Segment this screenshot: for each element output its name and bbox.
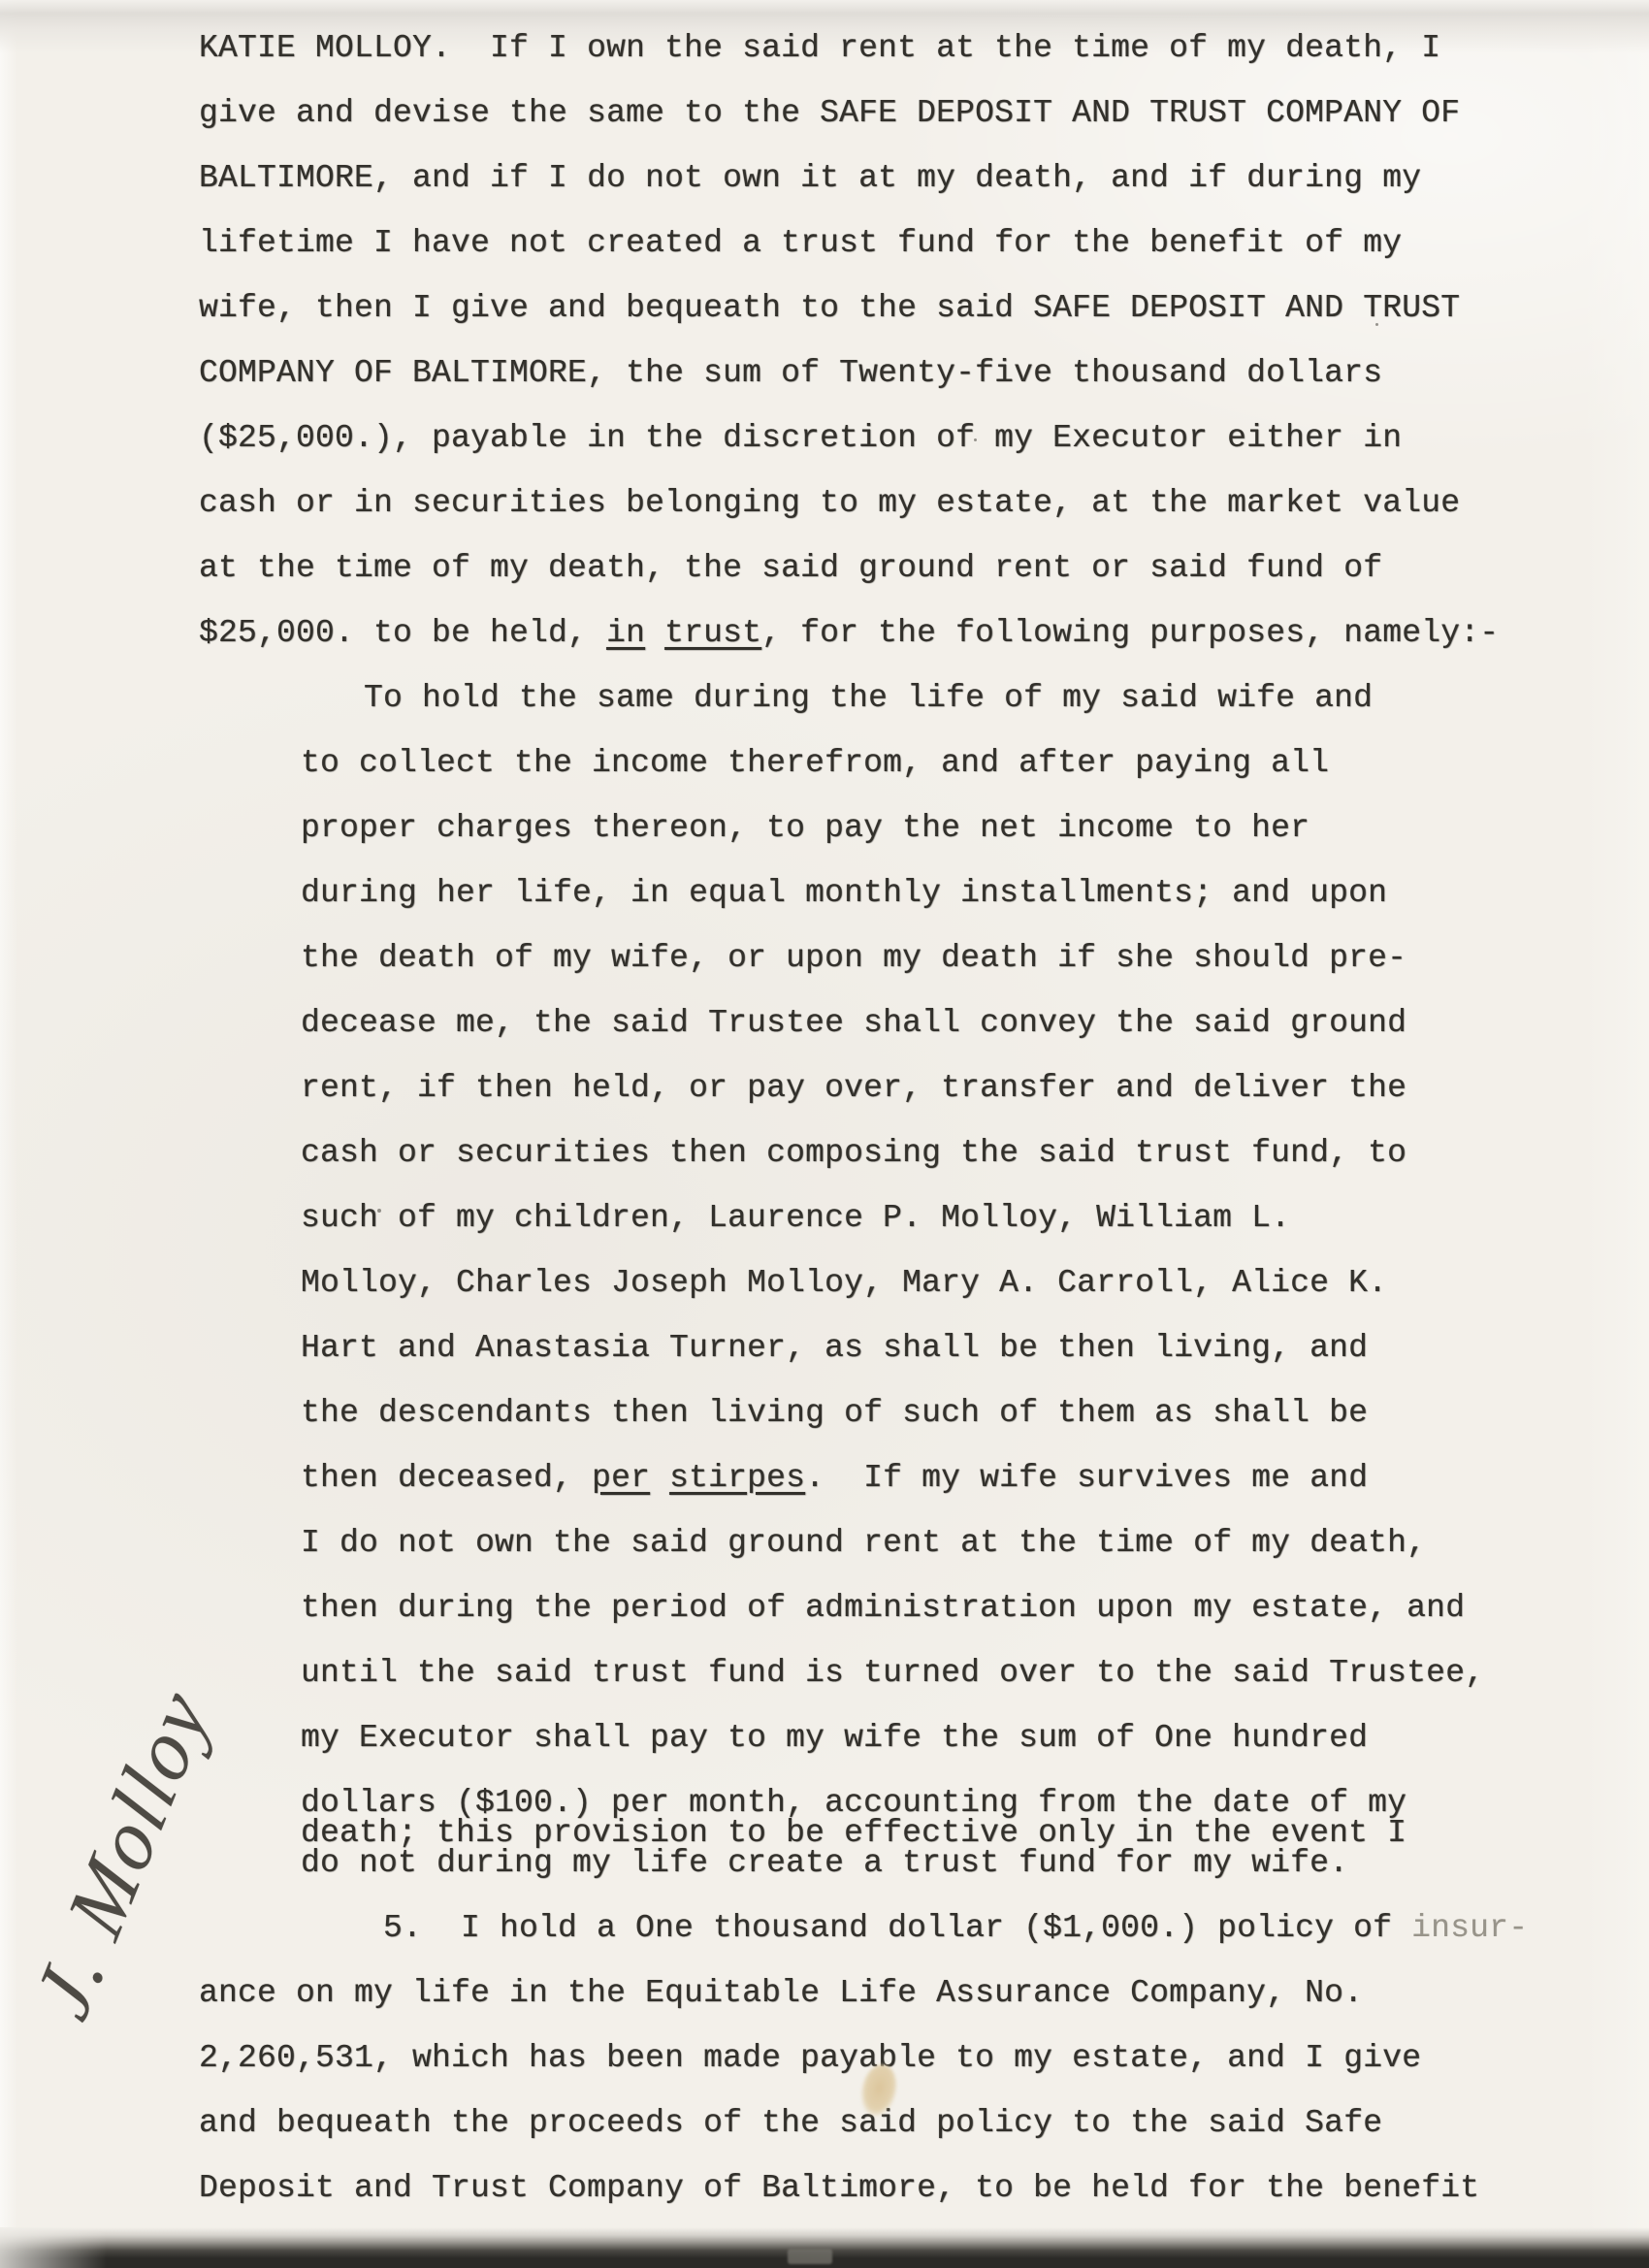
text-line-6: COMPANY OF BALTIMORE, the sum of Twenty-… (199, 354, 1382, 393)
scan-bottom-edge-notch (788, 2249, 832, 2264)
text-line-2: give and devise the same to the SAFE DEP… (199, 94, 1460, 133)
text-line-23: then deceased, per stirpes. If my wife s… (301, 1459, 1368, 1498)
text-line-20: Molloy, Charles Joseph Molloy, Mary A. C… (301, 1264, 1387, 1303)
text-line-35: Deposit and Trust Company of Baltimore, … (199, 2169, 1479, 2208)
text-line-31: 5. I hold a One thousand dollar ($1,000.… (383, 1909, 1528, 1948)
text-line-34: and bequeath the proceeds of the said po… (199, 2104, 1382, 2143)
text-line-33: 2,260,531, which has been made payable t… (199, 2039, 1421, 2078)
text-line-12: to collect the income therefrom, and aft… (301, 744, 1329, 783)
text-line-17: rent, if then held, or pay over, transfe… (301, 1069, 1406, 1108)
text-line-21: Hart and Anastasia Turner, as shall be t… (301, 1329, 1368, 1368)
text-line-22: the descendants then living of such of t… (301, 1394, 1368, 1433)
text-line-24: I do not own the said ground rent at the… (301, 1524, 1426, 1563)
scan-bottom-edge-fade (0, 2227, 107, 2268)
text-line-3: BALTIMORE, and if I do not own it at my … (199, 159, 1421, 198)
text-line-7: ($25,000.), payable in the discretion of… (199, 419, 1402, 458)
text-line-26: until the said trust fund is turned over… (301, 1654, 1484, 1693)
scan-bottom-edge-shadow (0, 2227, 1649, 2268)
text-line-5: wife, then I give and bequeath to the sa… (199, 289, 1460, 328)
text-line-18: cash or securities then composing the sa… (301, 1134, 1406, 1173)
text-line-11: To hold the same during the life of my s… (364, 679, 1373, 718)
handwritten-signature: J. Molloy (15, 1557, 283, 2039)
text-line-1: KATIE MOLLOY. If I own the said rent at … (199, 29, 1440, 68)
ink-speck (377, 1209, 381, 1213)
text-line-30: do not during my life create a trust fun… (301, 1844, 1348, 1883)
text-line-14: during her life, in equal monthly instal… (301, 874, 1387, 913)
text-line-32: ance on my life in the Equitable Life As… (199, 1974, 1363, 2013)
text-line-25: then during the period of administration… (301, 1589, 1465, 1628)
text-line-16: decease me, the said Trustee shall conve… (301, 1004, 1406, 1043)
text-line-27: my Executor shall pay to my wife the sum… (301, 1719, 1368, 1758)
scanned-will-page: KATIE MOLLOY. If I own the said rent at … (0, 0, 1649, 2268)
ink-speck (622, 118, 625, 121)
text-line-19: such of my children, Laurence P. Molloy,… (301, 1199, 1290, 1238)
text-line-9: at the time of my death, the said ground… (199, 549, 1382, 588)
text-line-15: the death of my wife, or upon my death i… (301, 939, 1406, 978)
text-line-4: lifetime I have not created a trust fund… (199, 224, 1402, 263)
text-line-13: proper charges thereon, to pay the net i… (301, 809, 1309, 848)
ink-speck (1375, 323, 1378, 326)
ink-speck (974, 438, 977, 441)
text-line-8: cash or in securities belonging to my es… (199, 484, 1460, 523)
text-line-10: $25,000. to be held, in trust, for the f… (199, 614, 1499, 653)
